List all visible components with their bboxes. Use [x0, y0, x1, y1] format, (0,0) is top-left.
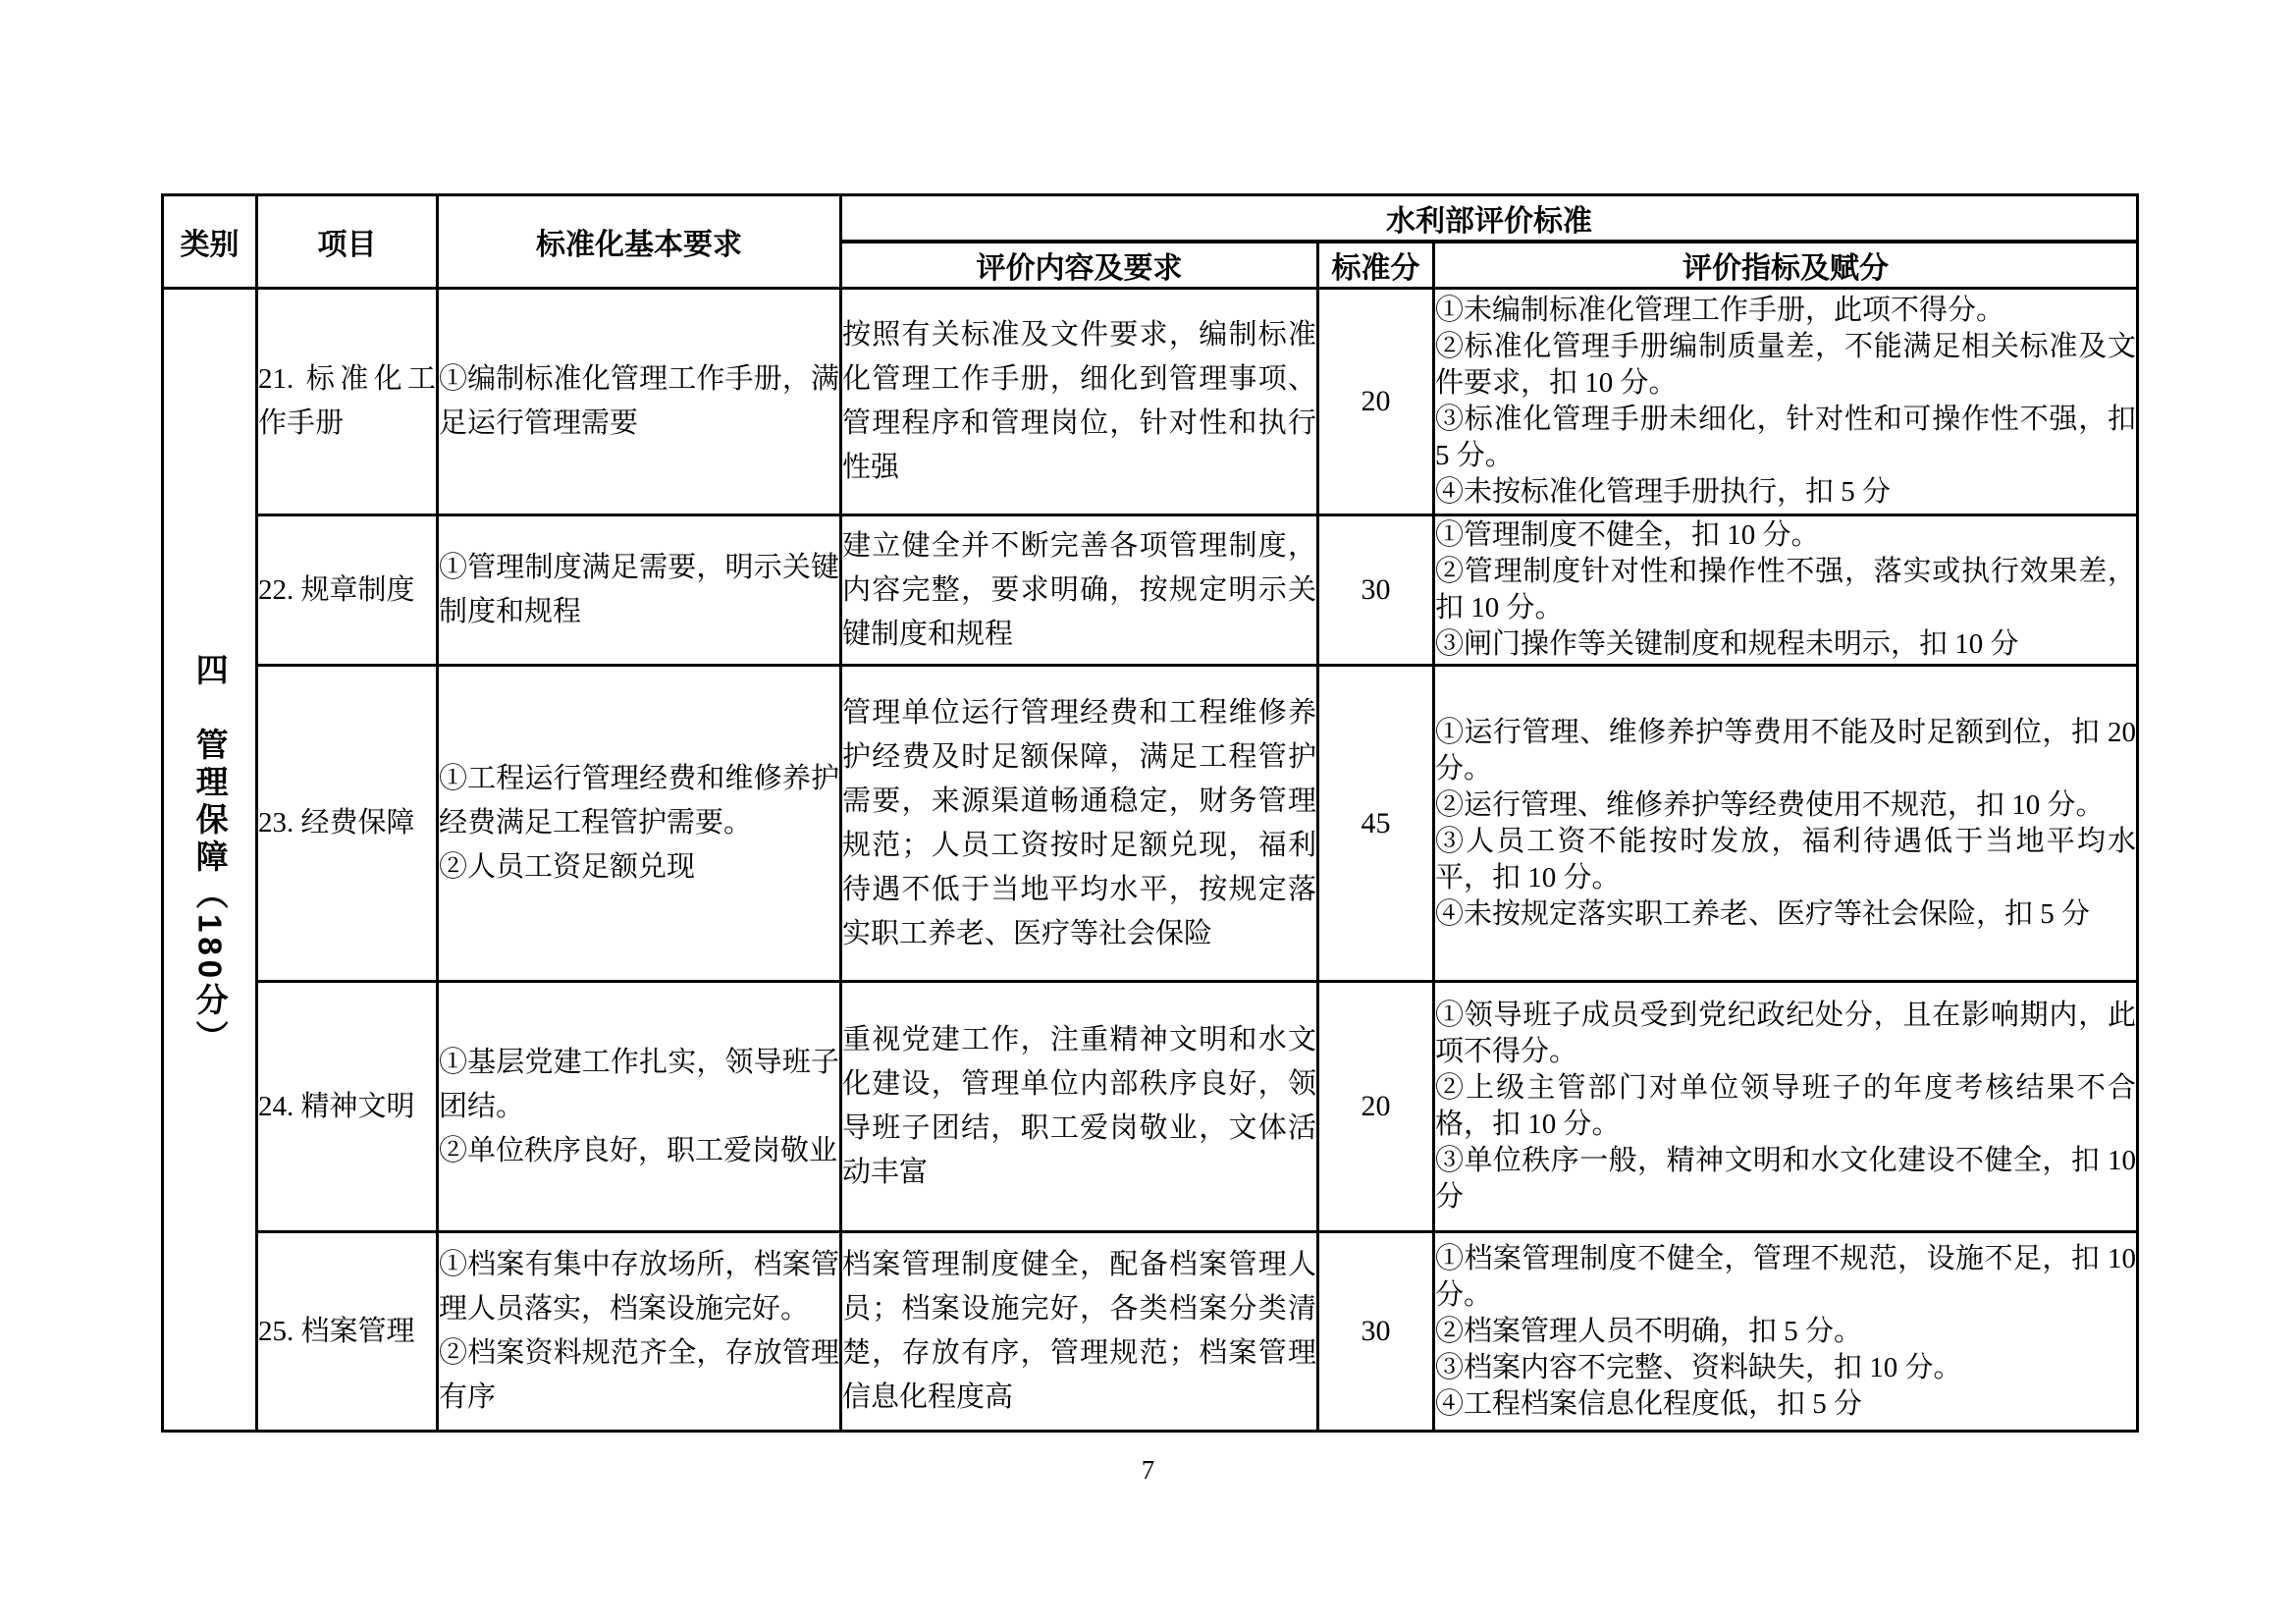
- text-line: ③闸门操作等关键制度和规程未明示，扣 10 分: [1435, 626, 2136, 663]
- table-row: 24. 精神文明 ①基层党建工作扎实，领导班子团结。②单位秩序良好，职工爱岗敬业…: [163, 982, 2138, 1232]
- indicators-cell: ①管理制度不健全，扣 10 分。②管理制度针对性和操作性不强，落实或执行效果差，…: [1434, 515, 2138, 666]
- text-line: 重视党建工作，注重精神文明和水文化建设，管理单位内部秩序良好，领导班子团结，职工…: [842, 1018, 1316, 1195]
- text-line: ①基层党建工作扎实，领导班子团结。: [439, 1041, 839, 1129]
- text-line: ②上级主管部门对单位领导班子的年度考核结果不合格，扣 10 分。: [1435, 1070, 2136, 1143]
- text-line: 档案管理制度健全，配备档案管理人员；档案设施完好，各类档案分类清楚，存放有序，管…: [842, 1243, 1316, 1420]
- header-evaluation-content: 评价内容及要求: [841, 242, 1318, 289]
- text-line: ①管理制度满足需要，明示关键制度和规程: [439, 546, 839, 634]
- text-line: ③档案内容不完整、资料缺失，扣 10 分。: [1435, 1350, 2136, 1386]
- item-cell: 23. 经费保障: [257, 666, 438, 982]
- standard-score-cell: 45: [1318, 666, 1434, 982]
- text-line: 21. 标准化工作手册: [258, 357, 436, 446]
- item-cell: 24. 精神文明: [257, 982, 438, 1232]
- text-line: ①领导班子成员受到党纪政纪处分，且在影响期内，此项不得分。: [1435, 998, 2136, 1070]
- evaluation-content-cell: 重视党建工作，注重精神文明和水文化建设，管理单位内部秩序良好，领导班子团结，职工…: [841, 982, 1318, 1232]
- text-line: ②运行管理、维修养护等经费使用不规范，扣 10 分。: [1435, 787, 2136, 824]
- basic-requirements-cell: ①档案有集中存放场所，档案管理人员落实，档案设施完好。②档案资料规范齐全，存放管…: [438, 1232, 841, 1432]
- text-line: 按照有关标准及文件要求，编制标准化管理工作手册，细化到管理事项、管理程序和管理岗…: [842, 313, 1316, 490]
- standard-score-cell: 30: [1318, 515, 1434, 666]
- basic-requirements-cell: ①工程运行管理经费和维修养护经费满足工程管护需要。②人员工资足额兑现: [438, 666, 841, 982]
- evaluation-content-cell: 按照有关标准及文件要求，编制标准化管理工作手册，细化到管理事项、管理程序和管理岗…: [841, 289, 1318, 515]
- standard-score-cell: 20: [1318, 982, 1434, 1232]
- text-line: ③标准化管理手册未细化，针对性和可操作性不强，扣 5 分。: [1435, 402, 2136, 474]
- standard-score-cell: 30: [1318, 1232, 1434, 1432]
- document-page: 类别 项目 标准化基本要求 水利部评价标准 评价内容及要求 标准分 评价指标及赋…: [0, 0, 2296, 1624]
- text-line: ③单位秩序一般，精神文明和水文化建设不健全，扣 10 分: [1435, 1143, 2136, 1216]
- category-cell: 四 管理保障（180分）: [163, 289, 257, 1432]
- text-line: ①档案有集中存放场所，档案管理人员落实，档案设施完好。: [439, 1243, 839, 1331]
- text-line: ④未按标准化管理手册执行，扣 5 分: [1435, 474, 2136, 511]
- page-number: 7: [1142, 1455, 1155, 1486]
- header-ministry-standard-group: 水利部评价标准: [841, 195, 2138, 243]
- text-line: ①工程运行管理经费和维修养护经费满足工程管护需要。: [439, 757, 839, 845]
- text-line: 23. 经费保障: [258, 801, 436, 845]
- indicators-cell: ①运行管理、维修养护等费用不能及时足额到位，扣 20 分。②运行管理、维修养护等…: [1434, 666, 2138, 982]
- text-line: 管理单位运行管理经费和工程维修养护经费及时足额保障，满足工程管护需要，来源渠道畅…: [842, 691, 1316, 956]
- item-cell: 22. 规章制度: [257, 515, 438, 666]
- table-row: 四 管理保障（180分）21. 标准化工作手册 ①编制标准化管理工作手册，满足运…: [163, 289, 2138, 515]
- text-line: 25. 档案管理: [258, 1310, 436, 1354]
- text-line: ②单位秩序良好，职工爱岗敬业: [439, 1129, 839, 1173]
- text-line: ②人员工资足额兑现: [439, 845, 839, 890]
- text-line: ③人员工资不能按时发放，福利待遇低于当地平均水平，扣 10 分。: [1435, 824, 2136, 896]
- text-line: ④未按规定落实职工养老、医疗等社会保险，扣 5 分: [1435, 896, 2136, 933]
- header-category: 类别: [163, 195, 257, 289]
- text-line: ①运行管理、维修养护等费用不能及时足额到位，扣 20 分。: [1435, 715, 2136, 787]
- evaluation-table: 类别 项目 标准化基本要求 水利部评价标准 评价内容及要求 标准分 评价指标及赋…: [161, 193, 2139, 1433]
- item-cell: 21. 标准化工作手册: [257, 289, 438, 515]
- header-item: 项目: [257, 195, 438, 289]
- text-line: ②管理制度针对性和操作性不强，落实或执行效果差，扣 10 分。: [1435, 554, 2136, 626]
- text-line: 24. 精神文明: [258, 1085, 436, 1129]
- text-line: ④工程档案信息化程度低，扣 5 分: [1435, 1386, 2136, 1423]
- table-header: 类别 项目 标准化基本要求 水利部评价标准 评价内容及要求 标准分 评价指标及赋…: [163, 195, 2138, 289]
- basic-requirements-cell: ①编制标准化管理工作手册，满足运行管理需要: [438, 289, 841, 515]
- indicators-cell: ①未编制标准化管理工作手册，此项不得分。②标准化管理手册编制质量差，不能满足相关…: [1434, 289, 2138, 515]
- header-standard-score: 标准分: [1318, 242, 1434, 289]
- indicators-cell: ①档案管理制度不健全，管理不规范，设施不足，扣 10 分。②档案管理人员不明确，…: [1434, 1232, 2138, 1432]
- text-line: ①编制标准化管理工作手册，满足运行管理需要: [439, 357, 839, 446]
- table-body: 四 管理保障（180分）21. 标准化工作手册 ①编制标准化管理工作手册，满足运…: [163, 289, 2138, 1432]
- item-cell: 25. 档案管理: [257, 1232, 438, 1432]
- text-line: ②标准化管理手册编制质量差，不能满足相关标准及文件要求，扣 10 分。: [1435, 329, 2136, 402]
- text-line: ①管理制度不健全，扣 10 分。: [1435, 517, 2136, 554]
- text-line: 建立健全并不断完善各项管理制度，内容完整，要求明确，按规定明示关键制度和规程: [842, 524, 1316, 657]
- table-row: 25. 档案管理 ①档案有集中存放场所，档案管理人员落实，档案设施完好。②档案资…: [163, 1232, 2138, 1432]
- indicators-cell: ①领导班子成员受到党纪政纪处分，且在影响期内，此项不得分。②上级主管部门对单位领…: [1434, 982, 2138, 1232]
- basic-requirements-cell: ①基层党建工作扎实，领导班子团结。②单位秩序良好，职工爱岗敬业: [438, 982, 841, 1232]
- text-line: ②档案资料规范齐全，存放管理有序: [439, 1331, 839, 1420]
- text-line: ②档案管理人员不明确，扣 5 分。: [1435, 1314, 2136, 1350]
- header-indicators-scoring: 评价指标及赋分: [1434, 242, 2138, 289]
- table-row: 23. 经费保障 ①工程运行管理经费和维修养护经费满足工程管护需要。②人员工资足…: [163, 666, 2138, 982]
- evaluation-content-cell: 建立健全并不断完善各项管理制度，内容完整，要求明确，按规定明示关键制度和规程: [841, 515, 1318, 666]
- basic-requirements-cell: ①管理制度满足需要，明示关键制度和规程: [438, 515, 841, 666]
- header-basic-requirements: 标准化基本要求: [438, 195, 841, 289]
- standard-score-cell: 20: [1318, 289, 1434, 515]
- category-vertical-label: 四 管理保障（180分）: [191, 653, 227, 1057]
- evaluation-content-cell: 档案管理制度健全，配备档案管理人员；档案设施完好，各类档案分类清楚，存放有序，管…: [841, 1232, 1318, 1432]
- text-line: 22. 规章制度: [258, 568, 436, 613]
- evaluation-content-cell: 管理单位运行管理经费和工程维修养护经费及时足额保障，满足工程管护需要，来源渠道畅…: [841, 666, 1318, 982]
- text-line: ①档案管理制度不健全，管理不规范，设施不足，扣 10 分。: [1435, 1241, 2136, 1314]
- text-line: ①未编制标准化管理工作手册，此项不得分。: [1435, 293, 2136, 329]
- table-row: 22. 规章制度 ①管理制度满足需要，明示关键制度和规程 建立健全并不断完善各项…: [163, 515, 2138, 666]
